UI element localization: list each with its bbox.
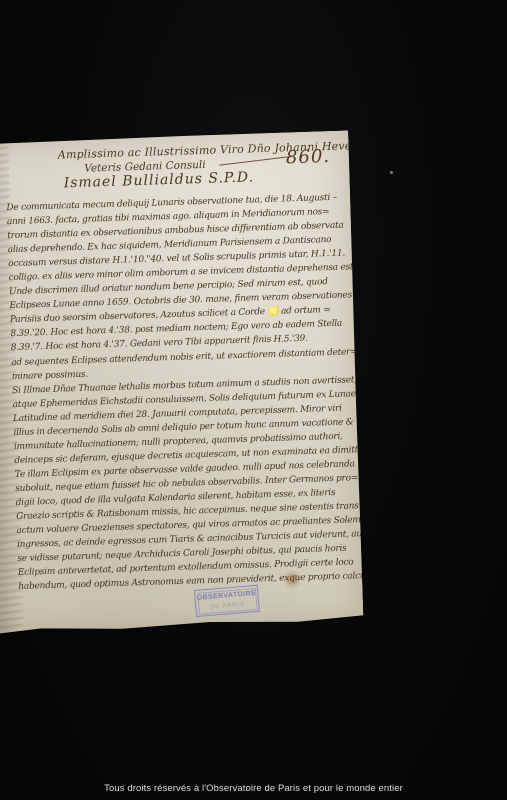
stamp-text-observatoire: OBSERVATOIRE [196,589,256,602]
archive-number: 860. [286,146,331,168]
stamp-text-de-paris: DE PARIS [210,600,246,611]
observatory-stamp: OBSERVATOIRE DE PARIS [194,585,260,617]
copyright-caption: Tous droits réservés à l'Observatoire de… [0,783,507,794]
letter-body: De communicata mecum deliquij Lunaris ob… [6,190,360,594]
manuscript-page: Amplissimo ac Illustrissimo Viro Dño Joh… [0,130,364,633]
dust-speck [390,171,393,174]
photo-canvas: Amplissimo ac Illustrissimo Viro Dño Joh… [0,0,507,800]
